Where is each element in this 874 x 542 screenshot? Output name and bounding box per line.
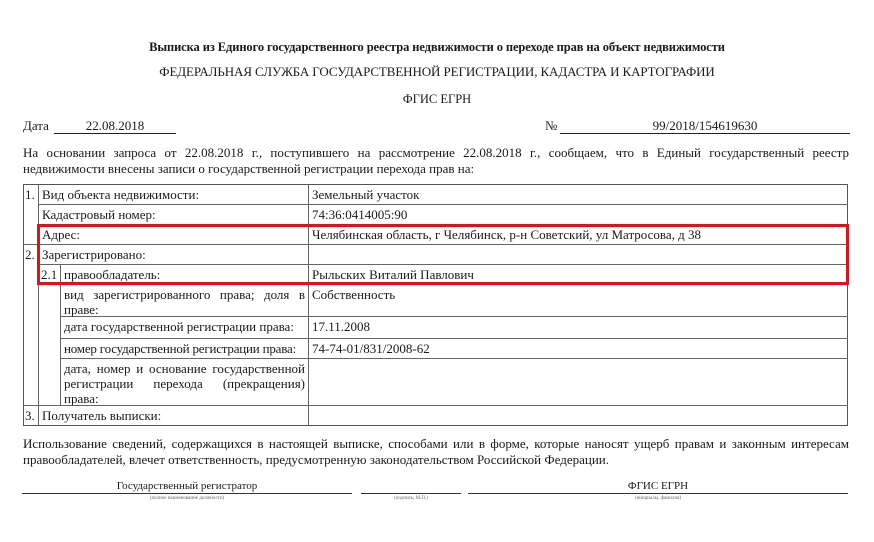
agency-name: ФЕДЕРАЛЬНАЯ СЛУЖБА ГОСУДАРСТВЕННОЙ РЕГИС… xyxy=(0,64,874,80)
row-value: Челябинская область, г Челябинск, р-н Со… xyxy=(309,225,848,245)
row-value xyxy=(309,245,848,265)
row-number: 2.1 xyxy=(39,265,60,285)
row-value: 74:36:0414005:90 xyxy=(309,205,848,225)
name-caption: (инициалы, фамилия) xyxy=(468,496,848,501)
row-number: 2. xyxy=(24,245,38,265)
row-value xyxy=(309,359,848,405)
row-value: Земельный участок xyxy=(309,185,848,205)
row-number: 1. xyxy=(24,185,38,205)
row-value xyxy=(309,406,848,426)
row-label: Вид объекта недвижимости: xyxy=(39,185,308,205)
row-value: 17.11.2008 xyxy=(309,317,848,339)
row-label: дата государственной регистрации права: xyxy=(61,317,308,339)
row-value: 74-74-01/831/2008-62 xyxy=(309,339,848,359)
registrar-position: Государственный регистратор xyxy=(22,480,352,492)
record-table: 1. Вид объекта недвижимости: Земельный у… xyxy=(23,184,848,426)
row-label: Получатель выписки: xyxy=(39,406,308,426)
row-value: Собственность xyxy=(309,285,848,317)
system-name: ФГИС ЕГРН xyxy=(0,92,874,107)
registrar-name: ФГИС ЕГРН xyxy=(468,480,848,492)
row-label: Зарегистрировано: xyxy=(39,245,308,265)
name-line xyxy=(468,493,848,494)
number-value: 99/2018/154619630 xyxy=(560,118,850,134)
position-caption: (полное наименование должности) xyxy=(22,496,352,501)
disclaimer-paragraph: Использование сведений, содержащихся в н… xyxy=(23,436,849,468)
date-label: Дата xyxy=(23,118,49,134)
row-label: номер государственной регистрации права: xyxy=(61,339,308,359)
document-title: Выписка из Единого государственного реес… xyxy=(0,40,874,55)
number-label: № xyxy=(545,118,557,134)
position-line xyxy=(22,493,352,494)
row-number: 3. xyxy=(24,406,38,426)
row-value: Рыльских Виталий Павлович xyxy=(309,265,848,285)
row-label: Кадастровый номер: xyxy=(39,205,308,225)
row-label: правообладатель: xyxy=(61,265,308,285)
signature-line xyxy=(361,493,461,494)
row-label: дата, номер и основание государственной … xyxy=(61,359,308,405)
intro-paragraph: На основании запроса от 22.08.2018 г., п… xyxy=(23,145,849,177)
row-label: вид зарегистрированного права; доля в пр… xyxy=(61,285,308,317)
signature-caption: (подпись, М.П.) xyxy=(361,496,461,501)
row-label: Адрес: xyxy=(39,225,308,245)
date-value: 22.08.2018 xyxy=(54,118,176,134)
